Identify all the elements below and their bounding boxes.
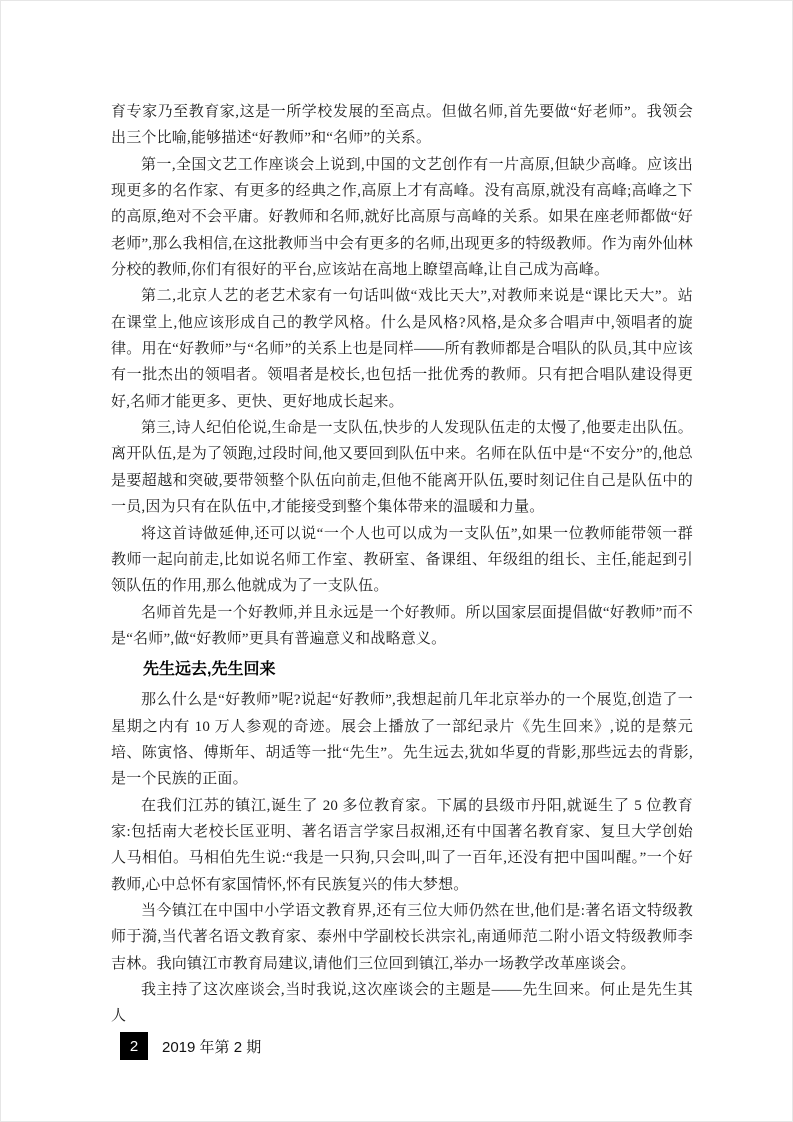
- paragraph-symposium: 我主持了这次座谈会,当时我说,这次座谈会的主题是——先生回来。何止是先生其人: [111, 977, 693, 1030]
- paragraph-conclusion: 名师首先是一个好教师,并且永远是一个好教师。所以国家层面提倡做“好教师”而不是“…: [111, 600, 693, 653]
- paragraph-living-masters: 当今镇江在中国中小学语文教育界,还有三位大师仍然在世,他们是:著名语文特级教师于…: [111, 898, 693, 977]
- page-number-badge: 2: [120, 1032, 148, 1060]
- page-footer: 2 2019 年第 2 期: [120, 1032, 261, 1060]
- paragraph-zhenjiang-educators: 在我们江苏的镇江,诞生了 20 多位教育家。下属的县级市丹阳,就诞生了 5 位教…: [111, 793, 693, 898]
- paragraph-first-point: 第一,全国文艺工作座谈会上说到,中国的文艺创作有一片高原,但缺少高峰。应该出现更…: [111, 152, 693, 284]
- article-body: 育专家乃至教育家,这是一所学校发展的至高点。但做名师,首先要做“好老师”。我领会…: [111, 99, 693, 1030]
- section-heading: 先生远去,先生回来: [111, 657, 693, 683]
- paragraph-exhibition: 那么什么是“好教师”呢?说起“好教师”,我想起前几年北京举办的一个展览,创造了一…: [111, 687, 693, 792]
- paragraph-continuation: 育专家乃至教育家,这是一所学校发展的至高点。但做名师,首先要做“好老师”。我领会…: [111, 99, 693, 152]
- issue-label: 2019 年第 2 期: [162, 1036, 261, 1057]
- paragraph-second-point: 第二,北京人艺的老艺术家有一句话叫做“戏比天大”,对教师来说是“课比天大”。站在…: [111, 283, 693, 415]
- paragraph-extension: 将这首诗做延伸,还可以说“一个人也可以成为一支队伍”,如果一位教师能带领一群教师…: [111, 521, 693, 600]
- journal-page: 育专家乃至教育家,这是一所学校发展的至高点。但做名师,首先要做“好老师”。我领会…: [0, 0, 793, 1122]
- paragraph-third-point: 第三,诗人纪伯伦说,生命是一支队伍,快步的人发现队伍走的太慢了,他要走出队伍。离…: [111, 415, 693, 520]
